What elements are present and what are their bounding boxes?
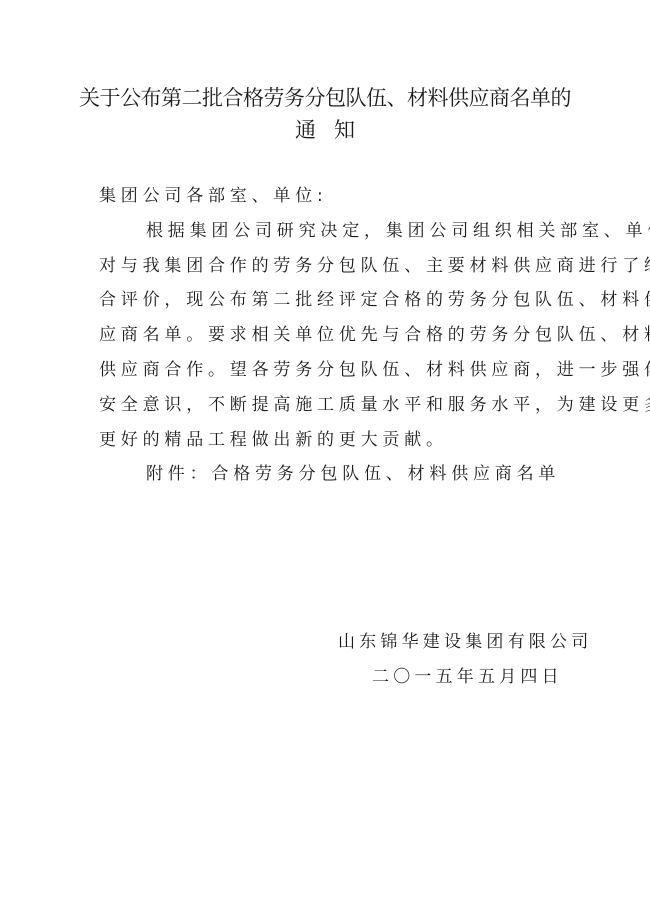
document-body: 集团公司各部室、单位: 根据集团公司研究决定，集团公司组织相关部室、单位 对与我… [99, 179, 546, 492]
signature-company: 山东锦华建设集团有限公司 [338, 627, 592, 652]
salutation: 集团公司各部室、单位: [99, 179, 546, 214]
body-line: 供应商合作。望各劳务分包队伍、材料供应商，进一步强化 [99, 353, 546, 388]
body-line: 对与我集团合作的劳务分包队伍、主要材料供应商进行了综 [99, 249, 546, 284]
body-line: 应商名单。要求相关单位优先与合格的劳务分包队伍、材料 [99, 318, 546, 353]
body-line: 安全意识，不断提高施工质量水平和服务水平，为建设更多 [99, 388, 546, 423]
signature-date: 二〇一五年五月四日 [372, 662, 563, 687]
body-line: 更好的精品工程做出新的更大贡献。 [99, 423, 546, 458]
document-title: 关于公布第二批合格劳务分包队伍、材料供应商名单的 [0, 84, 650, 112]
body-line: 合评价，现公布第二批经评定合格的劳务分包队伍、材料供 [99, 283, 546, 318]
attachment-line: 附件：合格劳务分包队伍、材料供应商名单 [99, 457, 546, 492]
document-title-notice: 通知 [0, 116, 650, 144]
body-line: 根据集团公司研究决定，集团公司组织相关部室、单位 [99, 214, 546, 249]
